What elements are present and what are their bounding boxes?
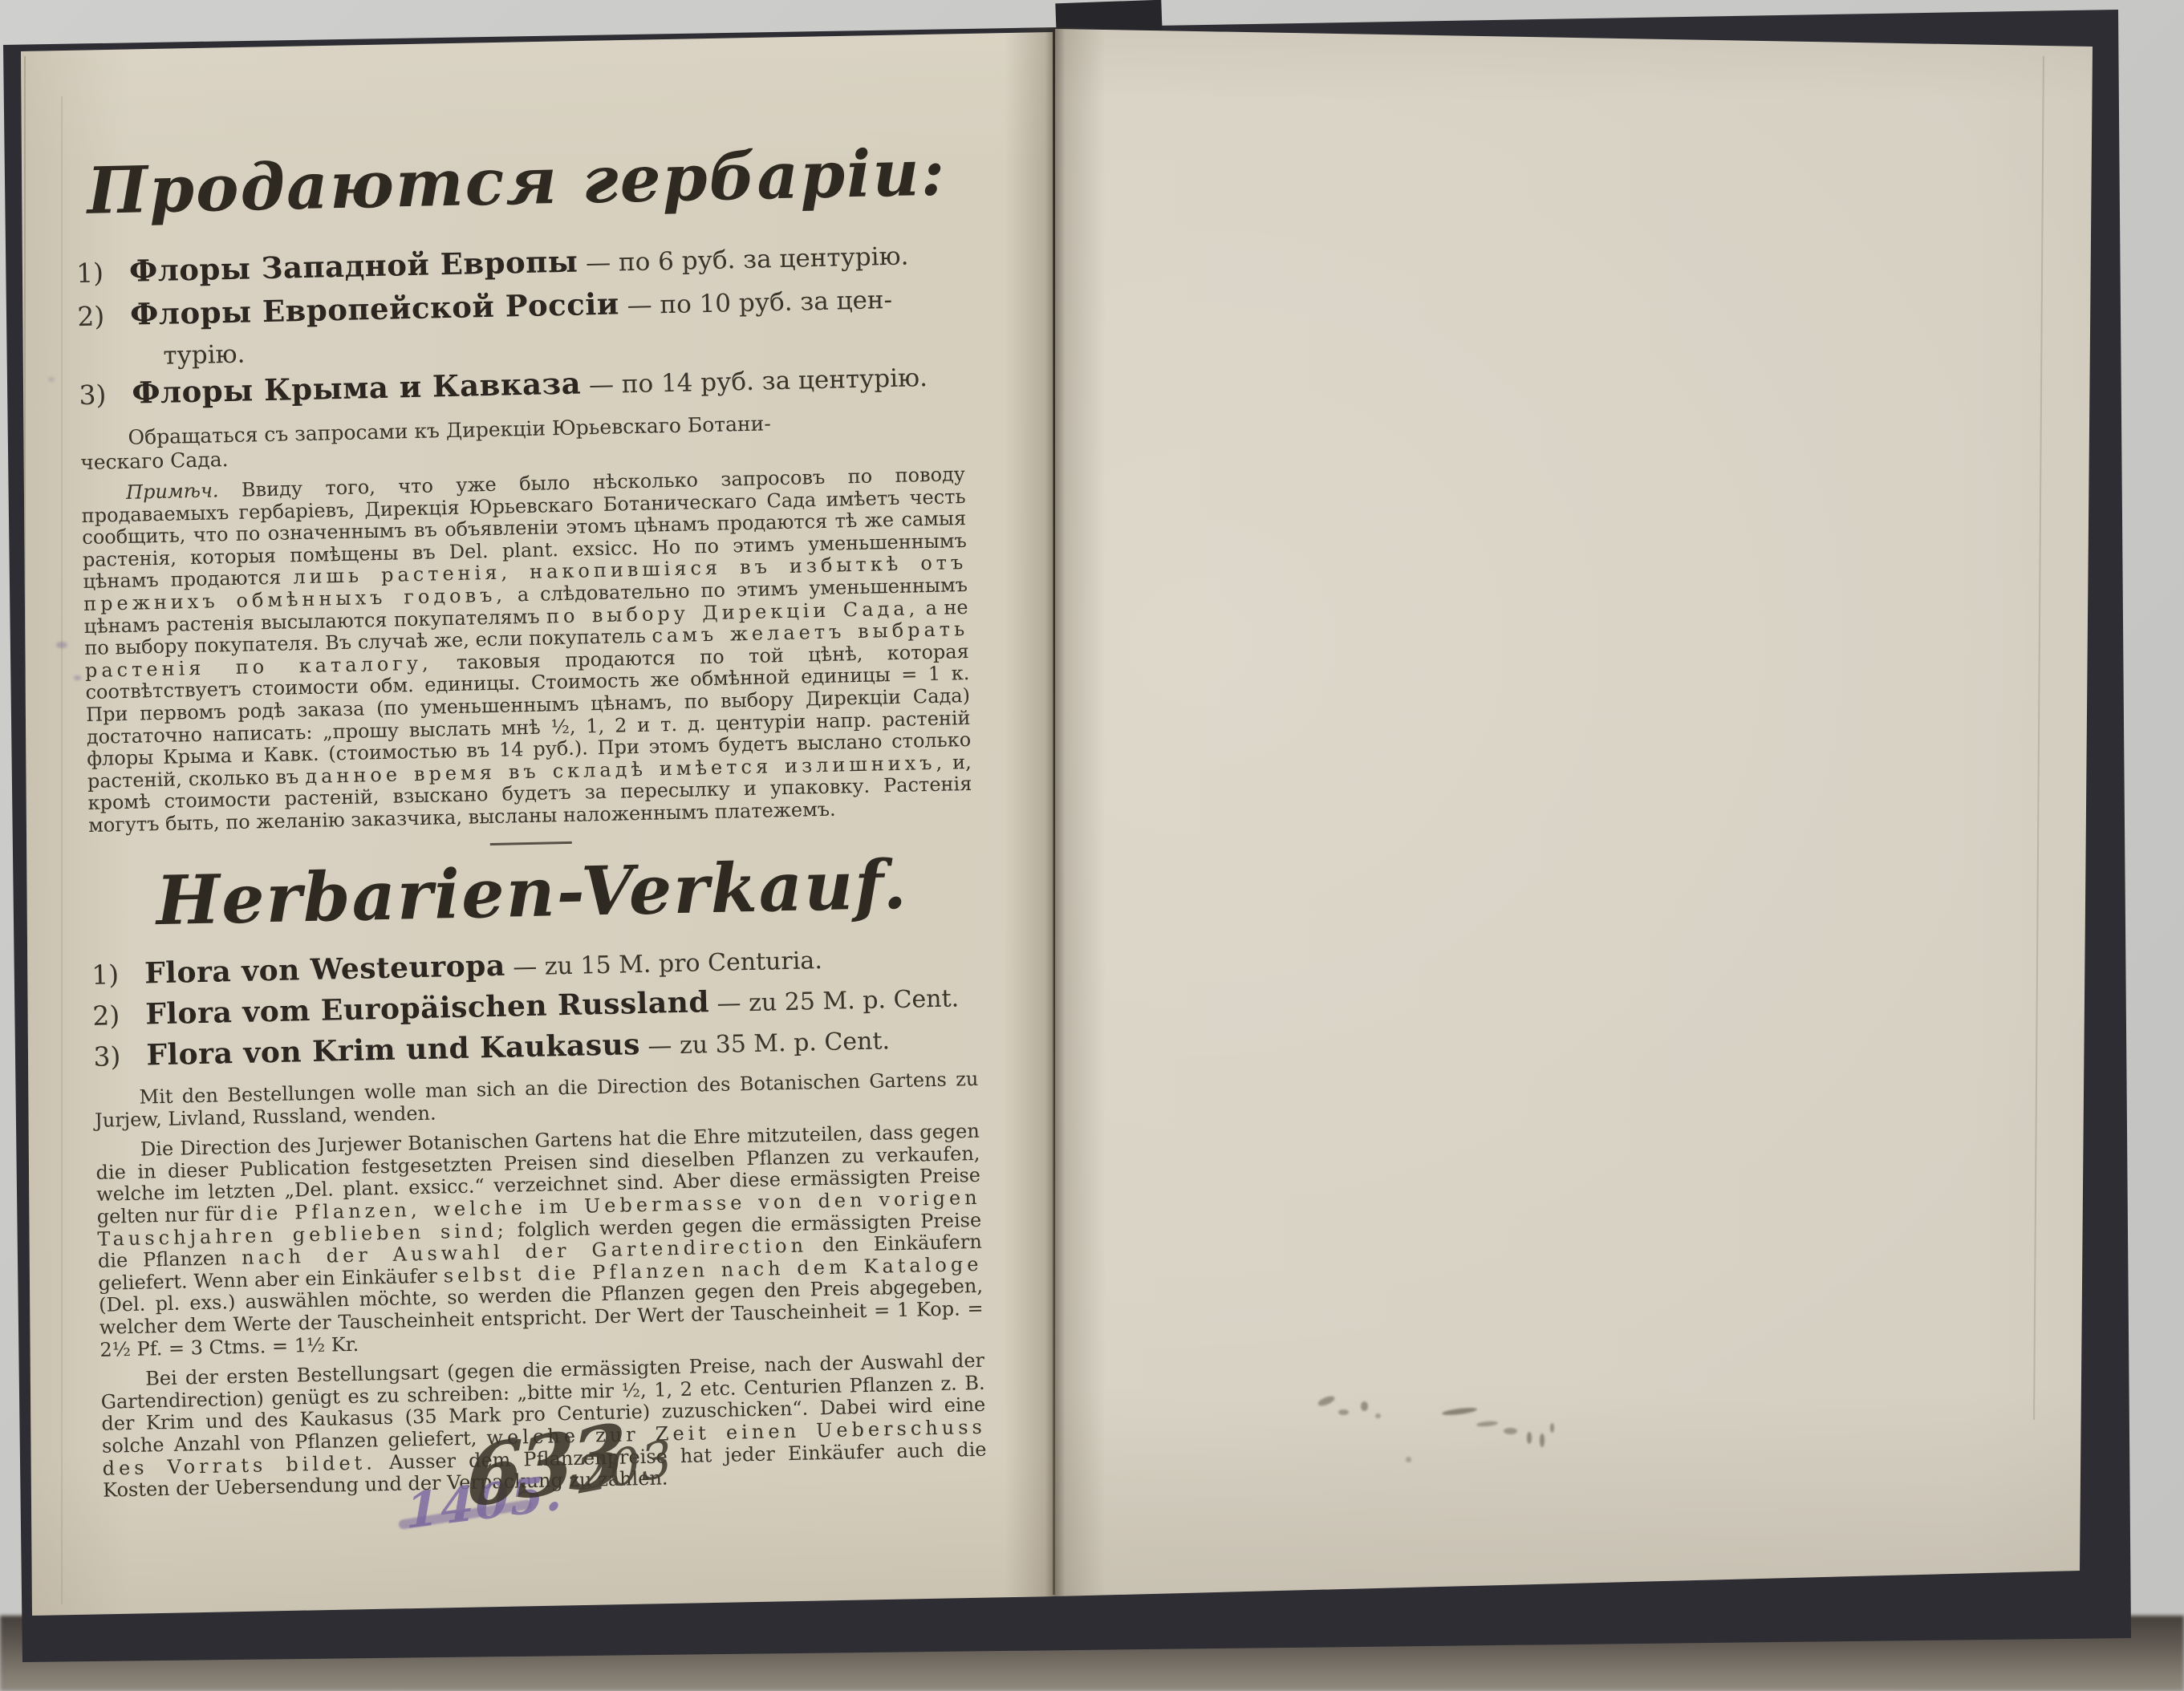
ink-smudge xyxy=(1375,1413,1381,1418)
ink-smudge xyxy=(1317,1394,1336,1408)
list-item-price: — по 14 руб. за центурію. xyxy=(581,363,928,399)
list-item-number: 3) xyxy=(79,375,132,414)
page-title-russian: Продаются гербаріи: xyxy=(74,133,960,229)
ink-smudge xyxy=(1338,1409,1349,1415)
stain-dot xyxy=(74,675,81,680)
ink-smudge xyxy=(1540,1433,1545,1447)
note-paragraph-russian: Примѣч. Ввиду того, что уже было нѣсколь… xyxy=(81,464,972,837)
list-item-price: — zu 25 M. p. Cent. xyxy=(709,984,960,1018)
herbaria-list-russian: 1)Флоры Западной Европы — по 6 руб. за ц… xyxy=(76,234,964,419)
list-item-price: — zu 35 M. p. Cent. xyxy=(640,1027,891,1060)
ink-smudge xyxy=(1476,1421,1498,1427)
page-title-german: Herbarien-Verkauf. xyxy=(89,844,975,941)
ink-smudge xyxy=(1442,1406,1478,1416)
list-item-name: Флоры Западной Европы xyxy=(129,244,578,289)
list-item-price: — по 10 руб. за цен- xyxy=(619,286,892,320)
herbaria-list-german: 1)Flora von Westeuropa — zu 15 M. pro Ce… xyxy=(91,938,978,1080)
list-item-number: 1) xyxy=(76,253,130,292)
gutter-crease xyxy=(1053,32,1055,1595)
page-fold-line xyxy=(2033,56,2044,1420)
list-item-name: Флоры Крыма и Кавказа xyxy=(132,365,582,410)
list-item-price: — zu 15 M. pro Centuria. xyxy=(505,947,822,982)
page-fold-line xyxy=(61,96,63,1604)
photo-background: Продаются гербаріи: 1)Флоры Западной Евр… xyxy=(0,0,2184,1691)
list-item-name: Flora von Westeuropa xyxy=(144,949,505,991)
list-item-number: 2) xyxy=(92,997,146,1034)
ink-smudge xyxy=(1361,1401,1368,1411)
ink-smudge xyxy=(1527,1432,1532,1444)
ink-smudge xyxy=(1406,1457,1411,1462)
contact-note: Обращаться съ запросами къ Дирекціи Юрье… xyxy=(79,408,964,475)
list-item-price: — по 6 руб. за центурію. xyxy=(578,242,909,278)
stain-dot xyxy=(56,642,67,648)
german-paragraph-2: Die Direction des Jurjewer Botanischen G… xyxy=(95,1121,984,1361)
list-item-number: 1) xyxy=(91,956,145,993)
section-divider xyxy=(490,841,572,845)
left-text-block: Продаются гербаріи: 1)Флоры Западной Евр… xyxy=(74,125,987,1476)
ink-smudge xyxy=(1504,1428,1517,1434)
list-item-number: 3) xyxy=(93,1038,147,1075)
ink-smudge xyxy=(1550,1423,1554,1433)
stain-dot xyxy=(48,377,55,382)
list-item-number: 2) xyxy=(77,297,131,335)
note-label: Примѣч. xyxy=(126,479,219,504)
